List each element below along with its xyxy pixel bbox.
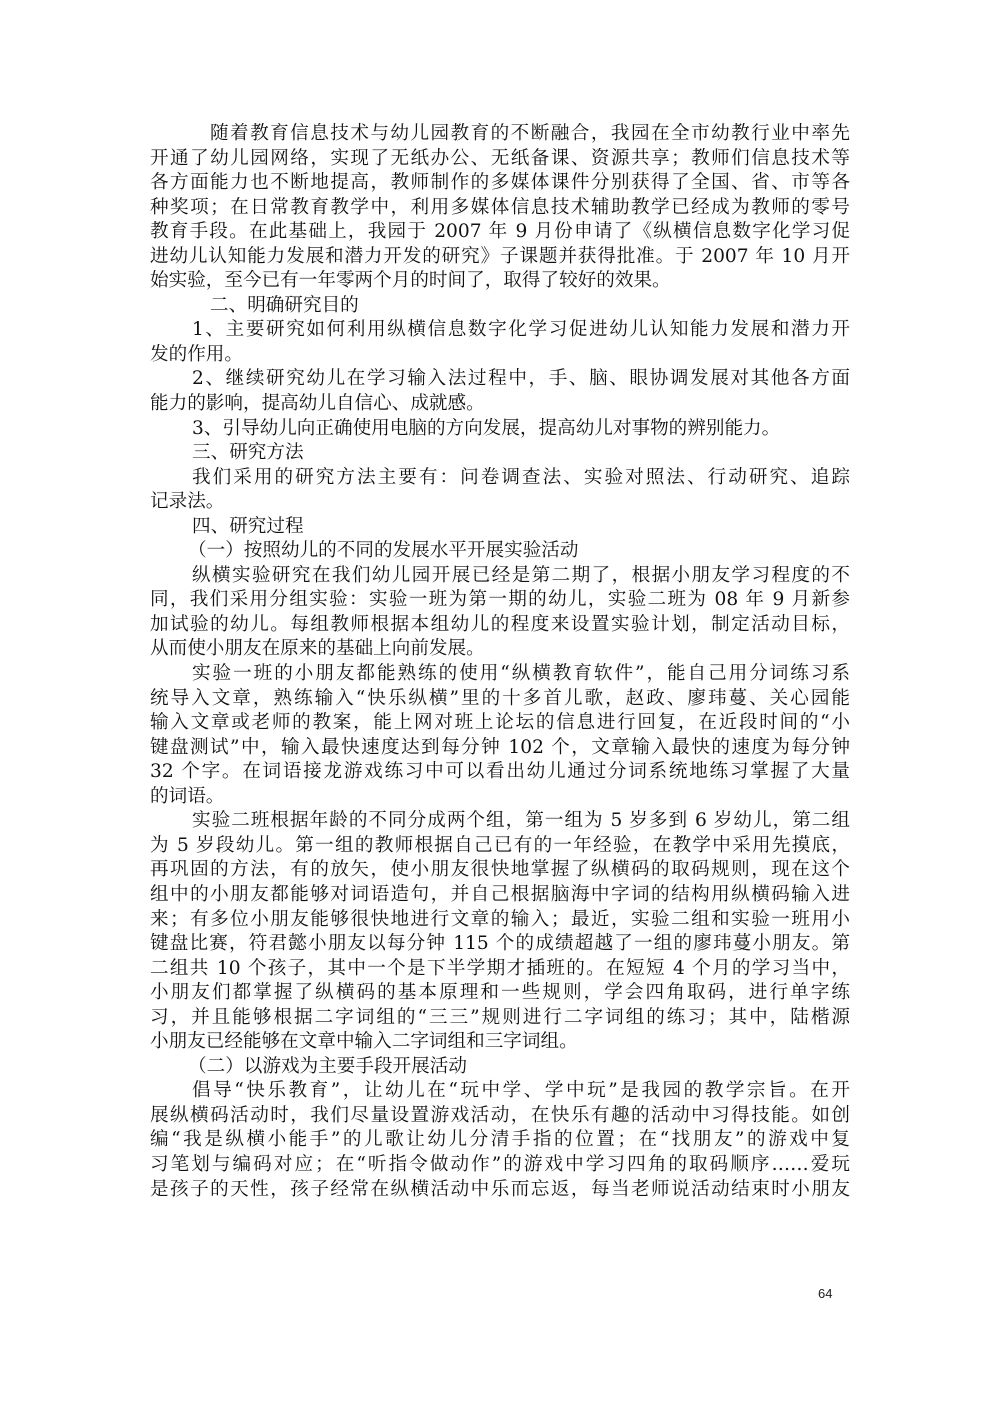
text-line: 再巩固的方法，有的放矢，使小朋友很快地掌握了纵横码的取码规则，现在这个	[150, 858, 850, 883]
text-line: 实验一班的小朋友都能熟练的使用“纵横教育软件”，能自己用分词练习系	[150, 662, 850, 687]
text-line: 习，并且能够根据二字词组的“三三”规则进行二字词组的练习；其中，陆楷源	[150, 1006, 850, 1031]
text-line: 习笔划与编码对应；在“听指令做动作”的游戏中学习四角的取码顺序……爱玩	[150, 1153, 850, 1178]
text-line: 随着教育信息技术与幼儿园教育的不断融合，我园在全市幼教行业中率先	[150, 122, 850, 147]
text-line: 进幼儿认知能力发展和潜力开发的研究》子课题并获得批准。于 2007 年 10 月…	[150, 245, 850, 270]
text-line: 四、研究过程	[150, 515, 850, 540]
text-line: 同，我们采用分组实验：实验一班为第一期的幼儿，实验二班为 08 年 9 月新参	[150, 588, 850, 613]
text-line: 32 个字。在词语接龙游戏练习中可以看出幼儿通过分词系统地练习掌握了大量	[150, 760, 850, 785]
text-line: 键盘测试”中，输入最快速度达到每分钟 102 个，文章输入最快的速度为每分钟	[150, 736, 850, 761]
text-line: 1、主要研究如何利用纵横信息数字化学习促进幼儿认知能力发展和潜力开	[150, 318, 850, 343]
text-line: 实验二班根据年龄的不同分成两个组，第一组为 5 岁多到 6 岁幼儿，第二组	[150, 809, 850, 834]
text-line: 二、明确研究目的	[150, 294, 850, 319]
text-line: 三、研究方法	[150, 441, 850, 466]
body-text: 随着教育信息技术与幼儿园教育的不断融合，我园在全市幼教行业中率先开通了幼儿园网络…	[150, 122, 850, 1202]
text-line: 是孩子的天性，孩子经常在纵横活动中乐而忘返，每当老师说活动结束时小朋友	[150, 1178, 850, 1203]
text-line: 开通了幼儿园网络，实现了无纸办公、无纸备课、资源共享；教师们信息技术等	[150, 147, 850, 172]
text-line: 2、继续研究幼儿在学习输入法过程中，手、脑、眼协调发展对其他各方面	[150, 367, 850, 392]
text-line: 从而使小朋友在原来的基础上向前发展。	[150, 637, 850, 662]
text-line: 纵横实验研究在我们幼儿园开展已经是第二期了，根据小朋友学习程度的不	[150, 564, 850, 589]
page-number: 64	[818, 1286, 832, 1301]
text-line: 展纵横码活动时，我们尽量设置游戏活动，在快乐有趣的活动中习得技能。如创	[150, 1104, 850, 1129]
text-line: 加试验的幼儿。每组教师根据本组幼儿的程度来设置实验计划，制定活动目标，	[150, 613, 850, 638]
text-line: （二）以游戏为主要手段开展活动	[150, 1055, 850, 1080]
text-line: （一）按照幼儿的不同的发展水平开展实验活动	[150, 539, 850, 564]
text-line: 的词语。	[150, 785, 850, 810]
text-line: 小朋友们都掌握了纵横码的基本原理和一些规则，学会四角取码，进行单字练	[150, 981, 850, 1006]
text-line: 始实验，至今已有一年零两个月的时间了，取得了较好的效果。	[150, 269, 850, 294]
text-line: 种奖项；在日常教育教学中，利用多媒体信息技术辅助教学已经成为教师的零号	[150, 196, 850, 221]
text-line: 发的作用。	[150, 343, 850, 368]
text-line: 统导入文章，熟练输入“快乐纵横”里的十多首儿歌，赵政、廖玮蔓、关心园能	[150, 687, 850, 712]
document-page: 随着教育信息技术与幼儿园教育的不断融合，我园在全市幼教行业中率先开通了幼儿园网络…	[0, 0, 992, 1403]
text-line: 倡导“快乐教育”，让幼儿在“玩中学、学中玩”是我园的教学宗旨。在开	[150, 1079, 850, 1104]
text-line: 编“我是纵横小能手”的儿歌让幼儿分清手指的位置；在“找朋友”的游戏中复	[150, 1128, 850, 1153]
text-line: 为 5 岁段幼儿。第一组的教师根据自己已有的一年经验，在教学中采用先摸底，	[150, 834, 850, 859]
text-line: 输入文章或老师的教案，能上网对班上论坛的信息进行回复，在近段时间的“小	[150, 711, 850, 736]
text-line: 能力的影响，提高幼儿自信心、成就感。	[150, 392, 850, 417]
text-line: 小朋友已经能够在文章中输入二字词组和三字词组。	[150, 1030, 850, 1055]
text-line: 组中的小朋友都能够对词语造句，并自己根据脑海中字词的结构用纵横码输入进	[150, 883, 850, 908]
text-line: 我们采用的研究方法主要有：问卷调查法、实验对照法、行动研究、追踪	[150, 466, 850, 491]
text-line: 3、引导幼儿向正确使用电脑的方向发展，提高幼儿对事物的辨别能力。	[150, 417, 850, 442]
text-line: 记录法。	[150, 490, 850, 515]
text-line: 各方面能力也不断地提高，教师制作的多媒体课件分别获得了全国、省、市等各	[150, 171, 850, 196]
text-line: 教育手段。在此基础上，我园于 2007 年 9 月份申请了《纵横信息数字化学习促	[150, 220, 850, 245]
text-line: 键盘比赛，符君懿小朋友以每分钟 115 个的成绩超越了一组的廖玮蔓小朋友。第	[150, 932, 850, 957]
text-line: 二组共 10 个孩子，其中一个是下半学期才插班的。在短短 4 个月的学习当中，	[150, 957, 850, 982]
text-line: 来；有多位小朋友能够很快地进行文章的输入；最近，实验二组和实验一班用小	[150, 908, 850, 933]
